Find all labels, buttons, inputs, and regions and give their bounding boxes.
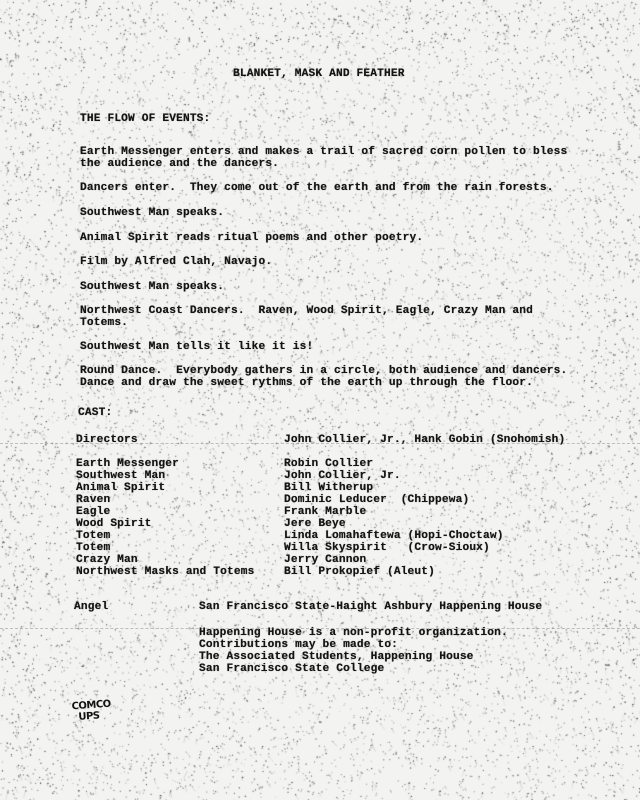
scan-line [0,628,640,629]
cast-name: Frank Marble [284,506,366,518]
cast-role: Northwest Masks and Totems [76,566,254,578]
cast-role: Raven [76,494,110,506]
directors-role: Directors [76,434,138,446]
event-5: Film by Alfred Clah, Navajo. [80,256,272,268]
cast-name: Jerry Cannon [284,554,366,566]
cast-name: Willa Skyspirit (Crow-Sioux) [284,542,490,554]
scan-line [0,443,640,444]
event-7-line-1: Northwest Coast Dancers. Raven, Wood Spi… [80,305,533,317]
cast-role: Totem [76,542,110,554]
event-4: Animal Spirit reads ritual poems and oth… [80,232,423,244]
cast-role: Crazy Man [76,554,138,566]
cast-name: John Collier, Jr. [284,470,401,482]
event-8: Southwest Man tells it like it is! [80,341,313,353]
angel-note-3: The Associated Students, Happening House [199,651,474,663]
angel-note-2: Contributions may be made to: [199,639,398,651]
angel-sponsor: San Francisco State-Haight Ashbury Happe… [199,601,542,613]
event-2: Dancers enter. They come out of the eart… [80,182,554,194]
cast-role: Animal Spirit [76,482,165,494]
cast-role: Wood Spirit [76,518,152,530]
flow-of-events-heading: THE FLOW OF EVENTS: [80,113,210,125]
cast-name: Bill Prokopief (Aleut) [284,566,435,578]
cast-role: Southwest Man [76,470,165,482]
event-3: Southwest Man speaks. [80,207,224,219]
cast-name: Linda Lomahaftewa (Hopi-Choctaw) [284,530,504,542]
typewritten-page: BLANKET, MASK AND FEATHER THE FLOW OF EV… [0,0,640,800]
angel-note-4: San Francisco State College [199,663,384,675]
cast-role: Totem [76,530,110,542]
cast-name: Robin Collier [284,458,373,470]
handwritten-note-line-2: UPS [78,710,112,723]
cast-heading: CAST: [78,407,112,419]
handwritten-note: COMCO UPS [71,699,112,724]
cast-role: Eagle [76,506,110,518]
cast-role: Earth Messenger [76,458,179,470]
event-1-line-2: the audience and the dancers. [80,158,279,170]
angel-label: Angel [74,601,108,613]
cast-name: Bill Witherup [284,482,373,494]
event-7-line-2: Totems. [80,317,128,329]
document-title: BLANKET, MASK AND FEATHER [233,68,405,80]
event-6: Southwest Man speaks. [80,281,224,293]
cast-name: Jere Beye [284,518,346,530]
cast-name: Dominic Leducer (Chippewa) [284,494,469,506]
directors-names: John Collier, Jr., Hank Gobin (Snohomish… [284,434,565,446]
event-9-line-2: Dance and draw the sweet rythms of the e… [80,377,533,389]
event-1-line-1: Earth Messenger enters and makes a trail… [80,146,567,158]
event-9-line-1: Round Dance. Everybody gathers in a circ… [80,365,567,377]
